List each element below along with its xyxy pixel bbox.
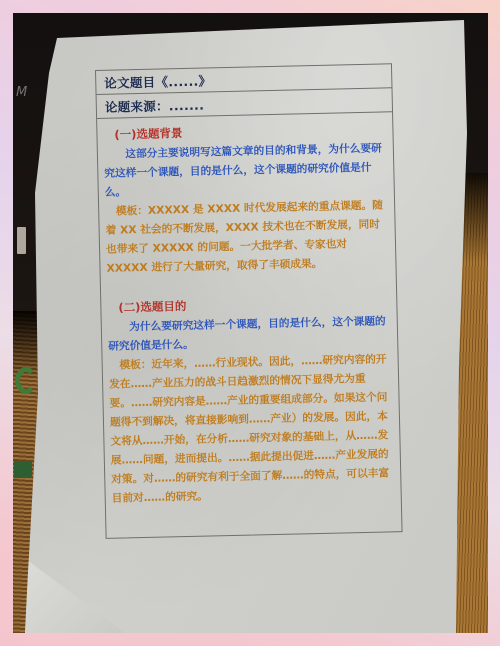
section-background-description: 这部分主要说明写这篇文章的目的和背景，为什么要研究这样一个课题，目的是什么，这个…: [104, 138, 388, 201]
document-table: 论文题目《......》 论题来源：....... (一)选题背景 这部分主要说…: [95, 63, 403, 539]
section-background: (一)选题背景 这部分主要说明写这篇文章的目的和背景，为什么要研究这样一个课题，…: [103, 119, 389, 277]
green-band: [14, 461, 32, 478]
section-purpose-template: 模板：近年来，……行业现状。因此，……研究内容的开发在……产业压力的战斗日趋激烈…: [108, 349, 394, 507]
section-purpose-description: 为什么要研究这样一个课题，目的是什么，这个课题的研究价值是什么。: [108, 311, 392, 355]
section-purpose: (二)选题目的 为什么要研究这样一个课题，目的是什么，这个课题的研究价值是什么。…: [107, 292, 395, 507]
paper-fold: [23, 557, 125, 633]
template-text: XXXXX 是 XXXX 时代发展起来的重点课题。随着 XX 社会的不断发展，X…: [105, 199, 383, 275]
sticker: [17, 227, 26, 254]
photo-area: M 论文题目《......》 论题来源：....... (一)选题背景 这部分主…: [13, 13, 488, 633]
section-background-template: 模板：XXXXX 是 XXXX 时代发展起来的重点课题。随着 XX 社会的不断发…: [105, 195, 390, 277]
green-object: [15, 367, 37, 394]
topic-source-text: 论题来源：.......: [105, 95, 205, 115]
thesis-title-text: 论文题目《......》: [104, 71, 211, 91]
watermark-letter: M: [16, 85, 27, 100]
photo-frame: M 论文题目《......》 论题来源：....... (一)选题背景 这部分主…: [0, 0, 500, 646]
document-body: (一)选题背景 这部分主要说明写这篇文章的目的和背景，为什么要研究这样一个课题，…: [97, 112, 401, 538]
template-label: 模板：: [119, 358, 151, 372]
template-text: 近年来，……行业现状。因此，……研究内容的开发在……产业压力的战斗日趋激烈的情况…: [109, 352, 389, 504]
template-label: 模板：: [116, 204, 148, 218]
paper-sheet: 论文题目《......》 论题来源：....... (一)选题背景 这部分主要说…: [13, 13, 488, 633]
